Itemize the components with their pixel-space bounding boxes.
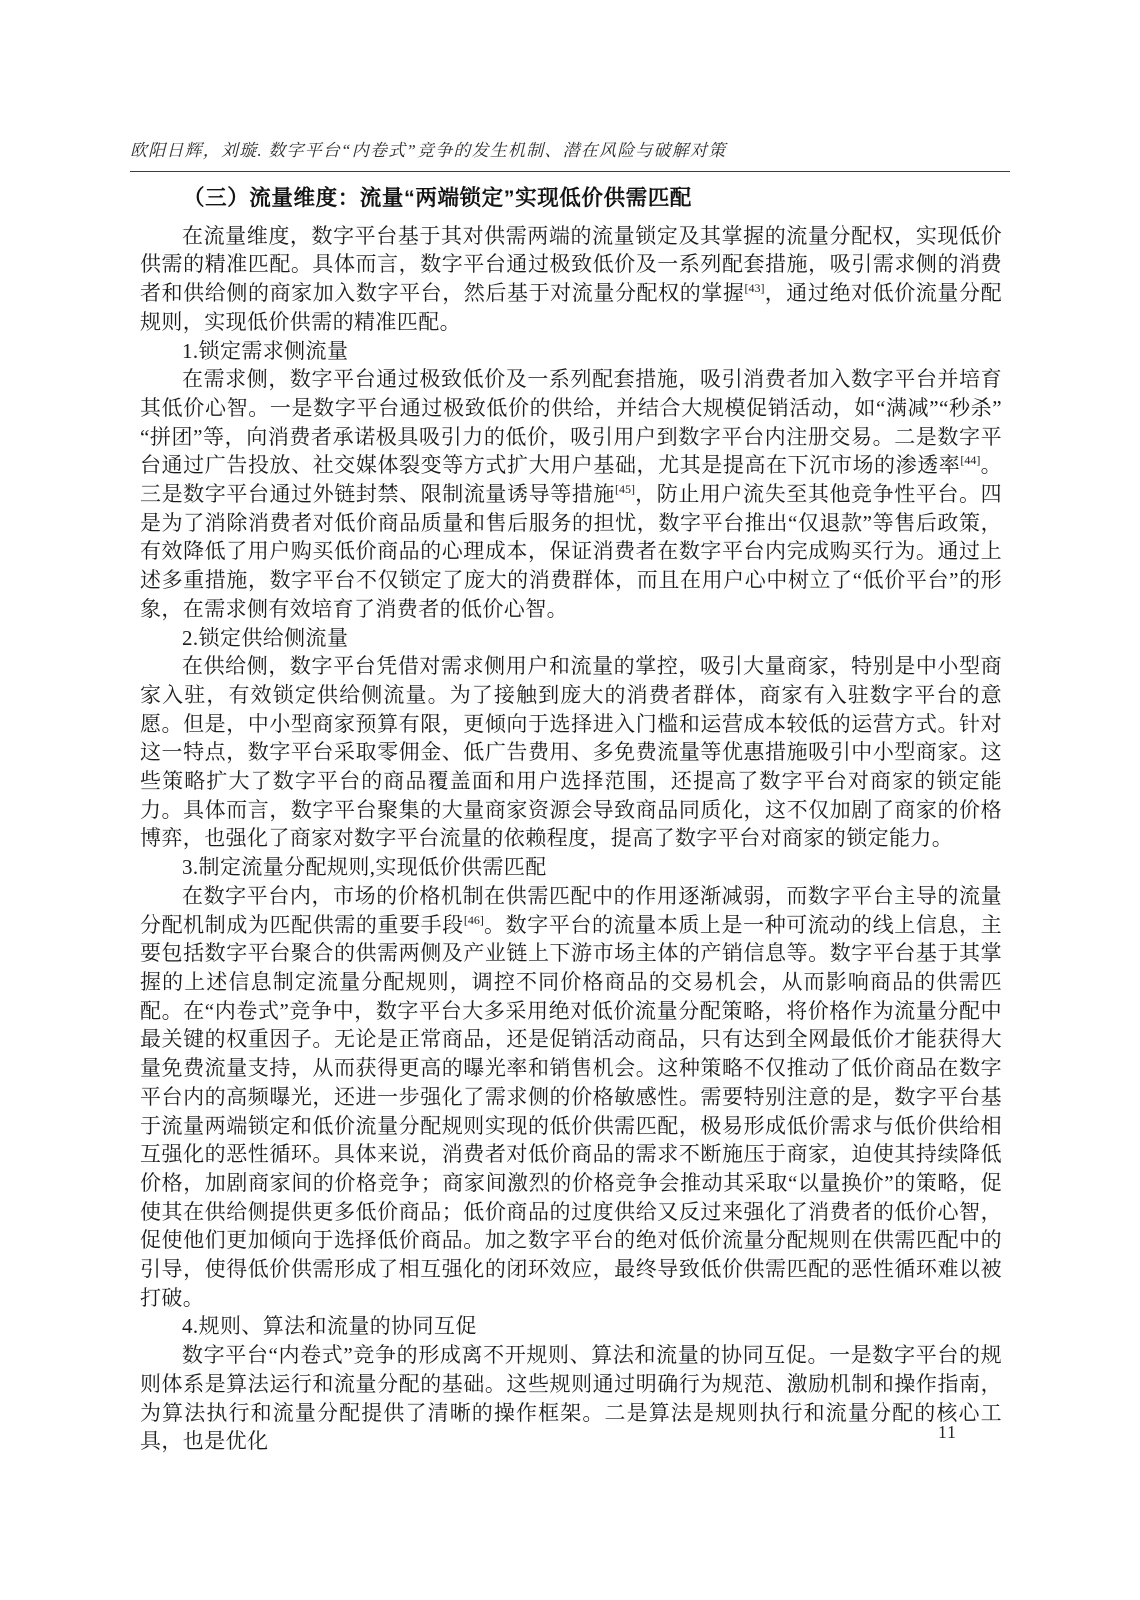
subheading-1: 1.锁定需求侧流量: [140, 337, 1002, 366]
running-header: 欧阳日辉，刘璇. 数字平台“内卷式”竞争的发生机制、潜在风险与破解对策: [130, 136, 1010, 172]
paragraph-text: 数字平台“内卷式”竞争的形成离不开规则、算法和流量的协同互促。一是数字平台的规则…: [140, 1343, 1002, 1453]
article-body: （三）流量维度：流量“两端锁定”实现低价供需匹配 在流量维度，数字平台基于其对供…: [140, 182, 1002, 1456]
paragraph-5: 数字平台“内卷式”竞争的形成离不开规则、算法和流量的协同互促。一是数字平台的规则…: [140, 1341, 1002, 1456]
subheading-2: 2.锁定供给侧流量: [140, 624, 1002, 653]
citation-ref-43: [43]: [745, 281, 765, 295]
paragraph-text: 在供给侧，数字平台凭借对需求侧用户和流量的掌控，吸引大量商家，特别是中小型商家入…: [140, 654, 1002, 850]
subheading-3: 3.制定流量分配规则,实现低价供需匹配: [140, 853, 1002, 882]
subheading-4: 4.规则、算法和流量的协同互促: [140, 1312, 1002, 1341]
citation-ref-45: [45]: [615, 482, 635, 496]
paragraph-4: 在数字平台内，市场的价格机制在供需匹配中的作用逐渐减弱，而数字平台主导的流量分配…: [140, 882, 1002, 1313]
citation-ref-44: [44]: [960, 453, 980, 467]
section-heading: （三）流量维度：流量“两端锁定”实现低价供需匹配: [140, 184, 1002, 213]
paragraph-1: 在流量维度，数字平台基于其对供需两端的流量锁定及其掌握的流量分配权，实现低价供需…: [140, 222, 1002, 337]
page-number: 11: [938, 1422, 957, 1443]
citation-ref-46: [46]: [464, 913, 484, 927]
paragraph-text: 在需求侧，数字平台通过极致低价及一系列配套措施，吸引消费者加入数字平台并培育其低…: [140, 367, 1002, 477]
paragraph-3: 在供给侧，数字平台凭借对需求侧用户和流量的掌控，吸引大量商家，特别是中小型商家入…: [140, 652, 1002, 853]
paragraph-text: 。数字平台的流量本质上是一种可流动的线上信息，主要包括数字平台聚合的供需两侧及产…: [140, 913, 1002, 1310]
paper-page: 欧阳日辉，刘璇. 数字平台“内卷式”竞争的发生机制、潜在风险与破解对策 （三）流…: [0, 0, 1140, 1600]
paragraph-2: 在需求侧，数字平台通过极致低价及一系列配套措施，吸引消费者加入数字平台并培育其低…: [140, 365, 1002, 623]
